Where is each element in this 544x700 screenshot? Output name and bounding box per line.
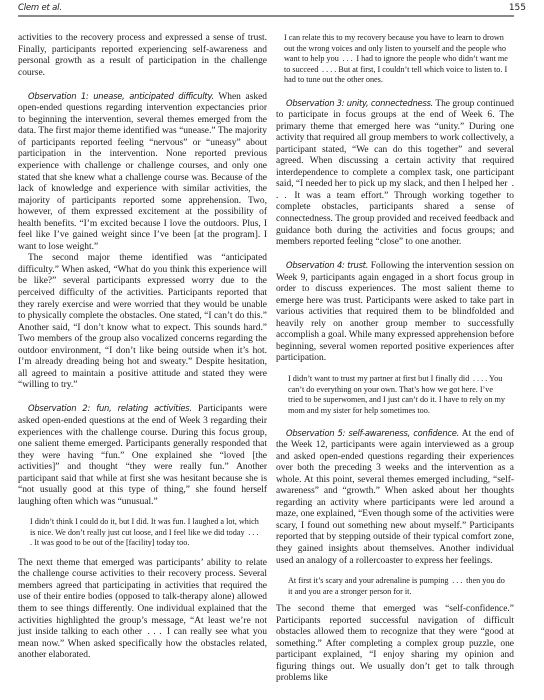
observation-5-paragraph: Observation 5: self-awareness, confidenc… xyxy=(276,428,514,568)
running-author: Clem et al. xyxy=(18,3,62,13)
header-rule-left xyxy=(18,15,240,17)
observation-1-heading: Observation 1: unease, anticipated diffi… xyxy=(28,91,214,101)
observation-3-heading: Observation 3: unity, connectedness. xyxy=(286,98,433,108)
running-header: Clem et al. 155 xyxy=(18,0,239,16)
journal-page: Clem et al. 155 activities to the recove… xyxy=(0,0,544,700)
observation-2-heading: Observation 2: fun, relating activities. xyxy=(28,403,192,413)
observation-4-heading: Observation 4: trust. xyxy=(286,260,368,270)
observation-5-text: At the end of the Week 12, participants … xyxy=(276,429,514,566)
observation-3-text: The group continued to participate in fo… xyxy=(276,99,514,248)
observation-1-second-paragraph: The second major theme identified was “a… xyxy=(18,253,267,392)
observation-1-text: When asked open-ended questions regardin… xyxy=(18,92,267,252)
observation-2-text: Participants were asked open-ended quest… xyxy=(18,404,267,506)
header-rule-right xyxy=(272,15,514,17)
opening-block-quote: I can relate this to my recovery because… xyxy=(284,33,514,86)
observation-5-block-quote: At first it’s scary and your adrenaline … xyxy=(288,576,506,597)
left-column: activities to the recovery process and e… xyxy=(18,33,267,662)
observation-4-block-quote: I didn’t want to trust my partner at fir… xyxy=(288,374,506,416)
observation-4-paragraph: Observation 4: trust. Following the inte… xyxy=(276,260,514,365)
intro-paragraph: activities to the recovery process and e… xyxy=(18,33,267,79)
observation-4-text: Following the intervention session on We… xyxy=(276,261,514,363)
header-rule-gap xyxy=(240,15,272,17)
observation-5-after-quote: The second theme that emerged was “self-… xyxy=(276,604,514,685)
observation-5-heading: Observation 5: self-awareness, confidenc… xyxy=(286,428,459,438)
observation-2-paragraph: Observation 2: fun, relating activities.… xyxy=(18,403,267,508)
observation-3-paragraph: Observation 3: unity, connectedness. The… xyxy=(276,98,514,249)
observation-2-after-quote: The next theme that emerged was particip… xyxy=(18,558,267,662)
observation-1-paragraph: Observation 1: unease, anticipated diffi… xyxy=(18,91,267,254)
observation-2-block-quote: I didn’t think I could do it, but I did.… xyxy=(30,517,259,549)
right-column: I can relate this to my recovery because… xyxy=(276,33,514,685)
page-number: 155 xyxy=(509,3,526,13)
